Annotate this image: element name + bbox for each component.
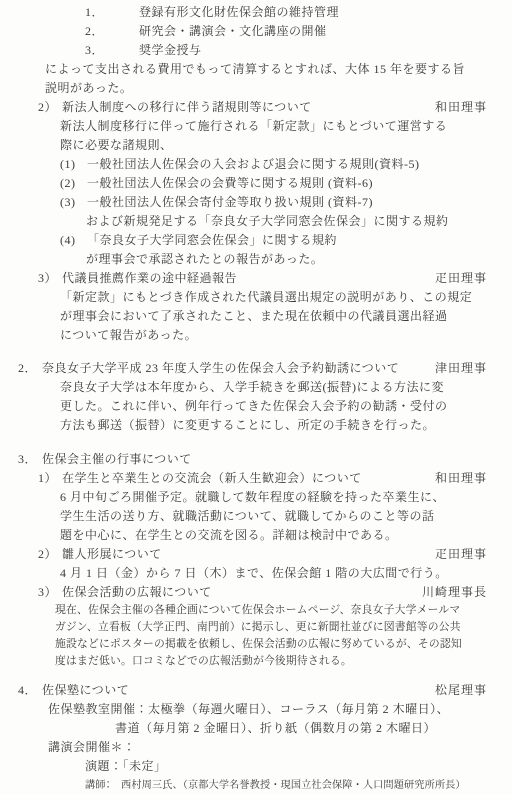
section3-item2-body-line-1: 4 月 1 日（金）から 7 日（木）まで、佐保会館 1 階の大広間で行う。	[0, 564, 512, 583]
item2-approval-text: が理事会で承認されたとの報告があった。	[86, 250, 323, 269]
item3-speaker-name: 疋田理事	[435, 269, 512, 288]
item3-body-line-3: について報告があった。	[0, 326, 512, 345]
section3-item3-speaker-name: 川崎理事長	[422, 583, 512, 602]
closing-para-line-2: 説明があった。	[0, 79, 512, 98]
section3-item3-body-line-2: ガジン、立看板（大学正門、南門前）に掲示し、更に新聞社並びに図書館等の公共	[0, 619, 512, 636]
rule-1-number: (1)	[60, 155, 87, 174]
activity-item-2-text: 研究会・講演会・文化講座の開催	[139, 22, 327, 41]
section2-body-text-2: 更した。これに伴い、例年行ってきた佐保会入会予約の勧誘・受付の	[60, 397, 448, 416]
item3-body-text-2: が理事会において了承されたこと、また現在依頼中の代議員選出経過	[60, 307, 448, 326]
section3-item1-heading: 1） 在学生と卒業生との交流会（新入生歓迎会）について 和田理事	[0, 469, 512, 488]
section4-lecture-title: 演題：「未定」	[85, 757, 167, 776]
item2-body-text-1: 新法人制度移行に伴って施行される「新定款」にもとづいて運営する	[60, 117, 447, 136]
section4-lecture-speaker-line: 講師： 西村周三氏、（京都大学名誉教授・現国立社会保障・人口問題研究所所長）	[0, 776, 512, 795]
item3-heading: 3） 代議員推薦作業の途中経過報告 疋田理事	[0, 269, 512, 288]
section3-item1-body-line-2: 学生生活の送り方、就職活動について、就職してからのこと等の話	[0, 507, 512, 526]
rule-2-text: 一般社団法人佐保会の会費等に関する規則 (資料-6)	[87, 174, 373, 193]
section3-item2-title: 雛人形展について	[62, 545, 162, 564]
section3-item3-body-text-3: 施設などにポスターの掲載を依頼し、佐保会活動の広報に努めているが、その認知	[55, 636, 462, 653]
rule-2: (2) 一般社団法人佐保会の会費等に関する規則 (資料-6)	[0, 174, 512, 193]
closing-para-text-2: 説明があった。	[45, 79, 132, 98]
section4-speaker-name: 松尾理事	[435, 681, 512, 700]
section2-title: 奈良女子大学平成 23 年度入学生の佐保会入会予約勧誘について	[42, 359, 399, 378]
activity-item-3: 3． 奨学金授与	[0, 41, 512, 60]
item2-body-line-1: 新法人制度移行に伴って施行される「新定款」にもとづいて運営する	[0, 117, 512, 136]
item2-speaker-name: 和田理事	[435, 98, 512, 117]
item2-title: 新法人制度への移行に伴う諸規則等について	[62, 98, 312, 117]
activity-item-2: 2． 研究会・講演会・文化講座の開催	[0, 22, 512, 41]
activity-item-1-text: 登録有形文化財佐保会館の維持管理	[139, 3, 339, 22]
item3-body-text-1: 「新定款」にもとづき作成された代議員選出規定の説明があり、この規定	[60, 288, 472, 307]
section3-item3-body-line-1: 現在、佐保会主催の各種企画について佐保会ホームページ、奈良女子大学メールマ	[0, 602, 512, 619]
meeting-minutes-page: 1． 登録有形文化財佐保会館の維持管理 2． 研究会・講演会・文化講座の開催 3…	[0, 0, 512, 795]
item2-body-line-2: 際に必要な諸規則、	[0, 136, 512, 155]
section2-body-line-1: 奈良女子大学は本年度から、入学手続きを郵送(振替)による方法に変	[0, 378, 512, 397]
section4-heading: 4． 佐保塾について 松尾理事	[0, 681, 512, 700]
section3-item1-body-text-3: 題を中心に、在学生との交流を図る。詳細は検討中である。	[60, 526, 398, 545]
section3-number: 3．	[18, 450, 42, 469]
section3-item3-body-line-3: 施設などにポスターの掲載を依頼し、佐保会活動の広報に努めているが、その認知	[0, 636, 512, 653]
section3-item1-speaker-name: 和田理事	[435, 469, 512, 488]
section3-heading: 3． 佐保会主催の行事について	[0, 450, 512, 469]
section4-lecture-speaker: 講師： 西村周三氏、（京都大学名誉教授・現国立社会保障・人口問題研究所所長）	[85, 776, 466, 795]
rule-3: (3) 一般社団法人佐保会寄付金等取り扱い規則 (資料-7)	[0, 193, 512, 212]
activity-item-3-number: 3．	[85, 41, 139, 60]
section4-classes-text-1: 佐保塾教室開催：太極拳（毎週火曜日）、コーラス（毎月第 2 木曜日）、	[48, 700, 449, 719]
activity-item-1: 1． 登録有形文化財佐保会館の維持管理	[0, 3, 512, 22]
section3-item3-heading: 3） 佐保会活動の広報について 川崎理事長	[0, 583, 512, 602]
section4-classes-line-2: 書道（毎月第 2 金曜日）、折り紙（偶数月の第 2 木曜日）	[0, 719, 512, 738]
section4-lecture-title-line: 演題：「未定」	[0, 757, 512, 776]
rule-3-note-text: および新規発足する「奈良女子大学同窓会佐保会」に関する規約	[86, 212, 449, 231]
section2-number: 2．	[18, 359, 42, 378]
section3-item1-body-line-3: 題を中心に、在学生との交流を図る。詳細は検討中である。	[0, 526, 512, 545]
section2-body-line-2: 更した。これに伴い、例年行ってきた佐保会入会予約の勧誘・受付の	[0, 397, 512, 416]
section4-classes-text-2: 書道（毎月第 2 金曜日）、折り紙（偶数月の第 2 木曜日）	[115, 719, 436, 738]
section2-speaker-name: 津田理事	[435, 359, 512, 378]
section4-lecture-label-line: 講演会開催＊：	[0, 738, 512, 757]
section3-item3-body-text-1: 現在、佐保会主催の各種企画について佐保会ホームページ、奈良女子大学メールマ	[55, 602, 460, 619]
rule-3-text: 一般社団法人佐保会寄付金等取り扱い規則 (資料-7)	[87, 193, 373, 212]
section4-classes-line-1: 佐保塾教室開催：太極拳（毎週火曜日）、コーラス（毎月第 2 木曜日）、	[0, 700, 512, 719]
section3-item3-body-line-4: 度はまだ低い。口コミなどでの広報活動が今後期待される。	[0, 653, 512, 670]
rule-4: (4) 「奈良女子大学同窓会佐保会」に関する規約	[0, 231, 512, 250]
rule-4-number: (4)	[60, 231, 87, 250]
activity-item-1-number: 1．	[85, 3, 139, 22]
section3-item2-heading: 2） 雛人形展について 疋田理事	[0, 545, 512, 564]
section4-lecture-label: 講演会開催＊：	[48, 738, 136, 757]
item3-body-line-2: が理事会において了承されたこと、また現在依頼中の代議員選出経過	[0, 307, 512, 326]
section4-title: 佐保塾について	[42, 681, 129, 700]
rule-3-note: および新規発足する「奈良女子大学同窓会佐保会」に関する規約	[0, 212, 512, 231]
section2-body-text-3: 方法も郵送（振替）に変更することにし、所定の手続きを行った。	[60, 416, 435, 435]
section3-item2-speaker-name: 疋田理事	[435, 545, 512, 564]
rule-2-number: (2)	[60, 174, 87, 193]
section3-title: 佐保会主催の行事について	[42, 450, 192, 469]
section3-item3-body-text-4: 度はまだ低い。口コミなどでの広報活動が今後期待される。	[55, 653, 352, 670]
rule-4-text: 「奈良女子大学同窓会佐保会」に関する規約	[87, 231, 337, 250]
section3-item3-title: 佐保会活動の広報について	[62, 583, 212, 602]
item3-body-text-3: について報告があった。	[60, 326, 197, 345]
rule-1: (1) 一般社団法人佐保会の入会および退会に関する規則(資料-5)	[0, 155, 512, 174]
section3-item1-title: 在学生と卒業生との交流会（新入生歓迎会）について	[62, 469, 362, 488]
item2-heading: 2） 新法人制度への移行に伴う諸規則等について 和田理事	[0, 98, 512, 117]
section3-item2-body-text-1: 4 月 1 日（金）から 7 日（木）まで、佐保会館 1 階の大広間で行う。	[60, 564, 448, 583]
section3-item1-number: 1）	[38, 469, 62, 488]
section2-heading: 2． 奈良女子大学平成 23 年度入学生の佐保会入会予約勧誘について 津田理事	[0, 359, 512, 378]
item3-number: 3）	[38, 269, 62, 288]
item2-number: 2）	[38, 98, 62, 117]
section3-item1-body-line-1: 6 月中旬ごろ開催予定。就職して数年程度の経験を持った卒業生に、	[0, 488, 512, 507]
section3-item3-body-text-2: ガジン、立看板（大学正門、南門前）に掲示し、更に新聞社並びに図書館等の公共	[55, 619, 461, 636]
section3-item1-body-text-2: 学生生活の送り方、就職活動について、就職してからのこと等の話	[60, 507, 435, 526]
item2-body-text-2: 際に必要な諸規則、	[60, 136, 173, 155]
rule-3-number: (3)	[60, 193, 87, 212]
section2-body-line-3: 方法も郵送（振替）に変更することにし、所定の手続きを行った。	[0, 416, 512, 435]
closing-para-text-1: によって支出される費用でもって清算するとすれば、大体 15 年を要する旨	[45, 60, 465, 79]
closing-para-line-1: によって支出される費用でもって清算するとすれば、大体 15 年を要する旨	[0, 60, 512, 79]
section4-number: 4．	[18, 681, 42, 700]
section2-body-text-1: 奈良女子大学は本年度から、入学手続きを郵送(振替)による方法に変	[60, 378, 444, 397]
activity-item-2-number: 2．	[85, 22, 139, 41]
section3-item3-number: 3）	[38, 583, 62, 602]
item3-title: 代議員推薦作業の途中経過報告	[62, 269, 237, 288]
rule-1-text: 一般社団法人佐保会の入会および退会に関する規則(資料-5)	[87, 155, 420, 174]
section3-item2-number: 2）	[38, 545, 62, 564]
item2-approval-line: が理事会で承認されたとの報告があった。	[0, 250, 512, 269]
activity-item-3-text: 奨学金授与	[139, 41, 202, 60]
item3-body-line-1: 「新定款」にもとづき作成された代議員選出規定の説明があり、この規定	[0, 288, 512, 307]
section3-item1-body-text-1: 6 月中旬ごろ開催予定。就職して数年程度の経験を持った卒業生に、	[60, 488, 445, 507]
